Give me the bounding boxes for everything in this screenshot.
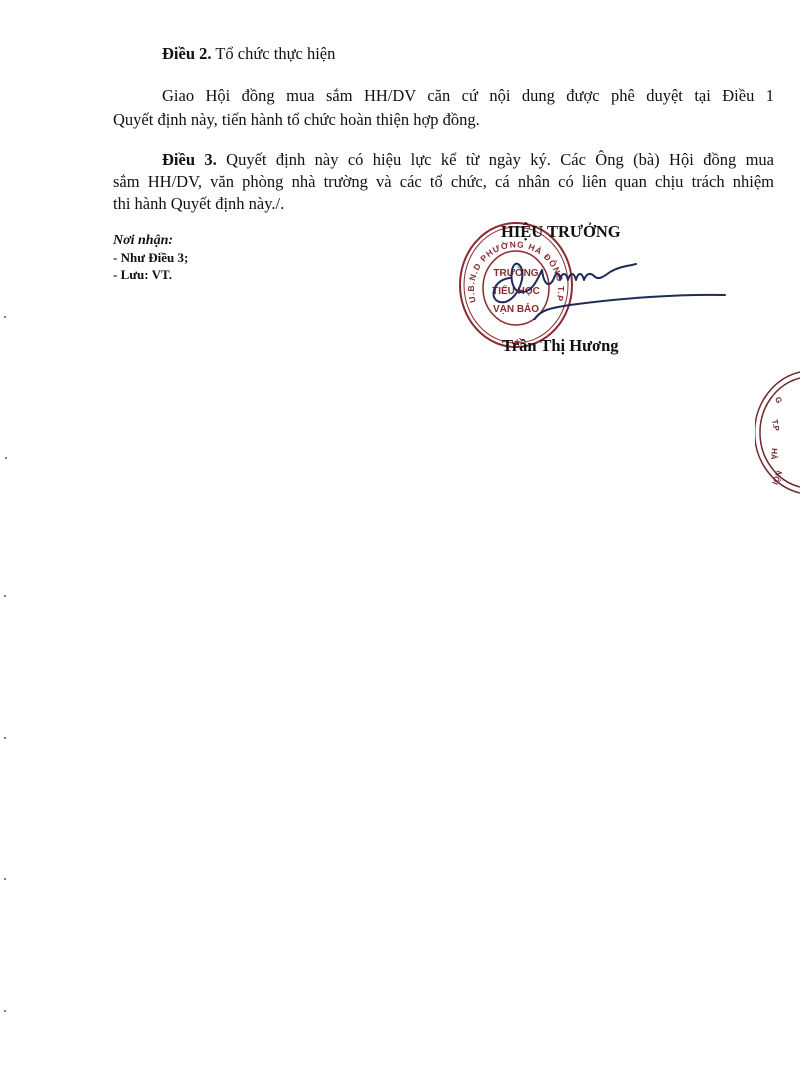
scan-speck <box>5 457 7 459</box>
article-3-label: Điều 3. <box>162 150 217 169</box>
recipient-item: - Lưu: VT. <box>113 266 188 283</box>
scan-speck <box>4 316 6 318</box>
svg-text:NỘI: NỘI <box>770 469 783 485</box>
article-2-paragraph-line-1: Giao Hội đồng mua sắm HH/DV căn cứ nội d… <box>162 86 774 106</box>
scan-speck <box>4 595 6 597</box>
article-2-label: Điều 2. <box>162 44 212 63</box>
document-page: Điều 2. Tổ chức thực hiện Giao Hội đồng … <box>0 0 800 1081</box>
article-2-heading: Điều 2. Tổ chức thực hiện <box>162 44 335 64</box>
article-3-line-2: sắm HH/DV, văn phòng nhà trường và các t… <box>113 172 774 192</box>
recipients-block: Nơi nhận: - Như Điều 3; - Lưu: VT. <box>113 232 188 283</box>
article-3-text: Quyết định này có hiệu lực kể từ ngày ký… <box>217 150 774 169</box>
recipient-item: - Như Điều 3; <box>113 249 188 266</box>
signer-title: HIỆU TRƯỞNG <box>501 222 621 242</box>
scan-speck <box>4 1010 6 1012</box>
partial-stamp-icon: G T.P HÀ NỘI <box>755 370 800 495</box>
article-2-paragraph-line-2: Quyết định này, tiến hành tổ chức hoàn t… <box>113 110 480 130</box>
svg-text:T.P: T.P <box>770 419 781 433</box>
article-3-line-3: thi hành Quyết định này./. <box>113 194 284 214</box>
article-2-title: Tổ chức thực hiện <box>212 44 336 63</box>
svg-text:G: G <box>773 396 784 405</box>
scan-speck <box>4 737 6 739</box>
scan-speck <box>4 878 6 880</box>
recipients-title: Nơi nhận: <box>113 232 188 249</box>
svg-text:HÀ: HÀ <box>769 448 779 461</box>
handwritten-signature-icon <box>480 250 740 320</box>
article-3-line-1: Điều 3. Quyết định này có hiệu lực kể từ… <box>162 150 774 170</box>
signer-name: Trần Thị Hương <box>502 336 619 356</box>
